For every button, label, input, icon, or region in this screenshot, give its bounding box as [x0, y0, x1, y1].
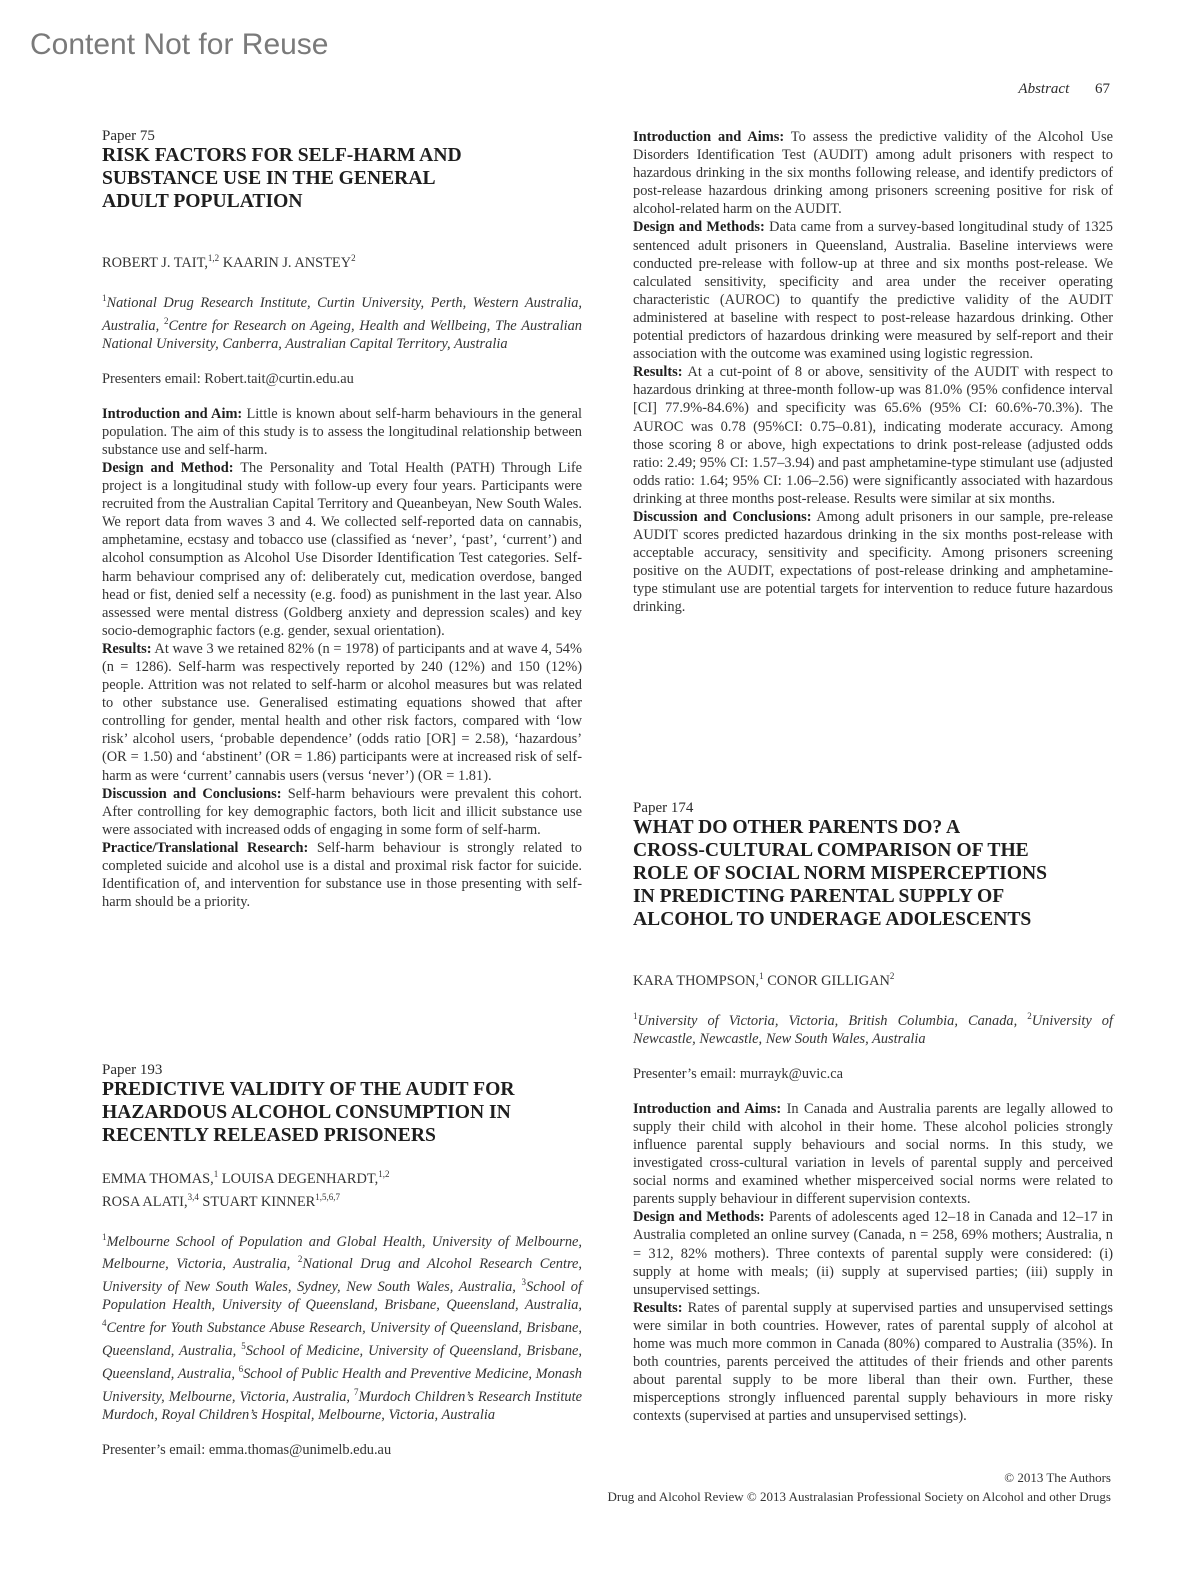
- section-introduction: Introduction and Aim: Little is known ab…: [102, 405, 582, 459]
- author: EMMA THOMAS,1: [102, 1171, 218, 1187]
- section-results: Results: At a cut-point of 8 or above, s…: [633, 363, 1113, 508]
- abstract-paper-75: Paper 75 RISK FACTORS FOR SELF-HARM AND …: [102, 128, 582, 911]
- presenter-email: Presenters email: Robert.tait@curtin.edu…: [102, 370, 582, 388]
- author: KAARIN J. ANSTEY2: [219, 255, 355, 271]
- running-head: Abstract 67: [1018, 81, 1110, 98]
- affiliations: 1National Drug Research Institute, Curti…: [102, 289, 582, 353]
- author: STUART KINNER1,5,6,7: [199, 1194, 340, 1210]
- abstract-paper-174: Paper 174 WHAT DO OTHER PARENTS DO? A CR…: [633, 800, 1113, 1425]
- paper-title: PREDICTIVE VALIDITY OF THE AUDIT FOR HAZ…: [102, 1078, 582, 1147]
- abstract-paper-193-header: Paper 193 PREDICTIVE VALIDITY OF THE AUD…: [102, 1062, 582, 1459]
- paper-title: RISK FACTORS FOR SELF-HARM AND SUBSTANCE…: [102, 144, 582, 213]
- section-practice: Practice/Translational Research: Self-ha…: [102, 839, 582, 911]
- section-introduction: Introduction and Aims: To assess the pre…: [633, 128, 1113, 218]
- watermark: Content Not for Reuse: [30, 28, 329, 62]
- abstract-body: Introduction and Aim: Little is known ab…: [102, 405, 582, 912]
- abstract-paper-193-body: Introduction and Aims: To assess the pre…: [633, 128, 1113, 617]
- paper-number: Paper 174: [633, 800, 1113, 816]
- abstract-body: Introduction and Aims: In Canada and Aus…: [633, 1100, 1113, 1426]
- section-introduction: Introduction and Aims: In Canada and Aus…: [633, 1100, 1113, 1209]
- author-list: KARA THOMPSON,1 CONOR GILLIGAN2: [633, 949, 1113, 990]
- author-list: ROBERT J. TAIT,1,2 KAARIN J. ANSTEY2: [102, 231, 582, 272]
- section-results: Results: At wave 3 we retained 82% (n = …: [102, 640, 582, 785]
- author: LOUISA DEGENHARDT,1,2: [218, 1171, 389, 1187]
- section-discussion: Discussion and Conclusions: Among adult …: [633, 508, 1113, 617]
- copyright-journal: Drug and Alcohol Review © 2013 Australas…: [608, 1487, 1111, 1506]
- section-results: Results: Rates of parental supply at sup…: [633, 1299, 1113, 1426]
- presenter-email: Presenter’s email: murrayk@uvic.ca: [633, 1065, 1113, 1083]
- section-discussion: Discussion and Conclusions: Self-harm be…: [102, 785, 582, 839]
- paper-title: WHAT DO OTHER PARENTS DO? A CROSS-CULTUR…: [633, 816, 1113, 931]
- author: ROBERT J. TAIT,1,2: [102, 255, 219, 271]
- running-head-label: Abstract: [1018, 81, 1069, 97]
- page-footer: © 2013 The Authors Drug and Alcohol Revi…: [608, 1468, 1111, 1506]
- author: CONOR GILLIGAN2: [764, 973, 895, 989]
- presenter-email: Presenter’s email: emma.thomas@unimelb.e…: [102, 1441, 582, 1459]
- paper-number: Paper 193: [102, 1062, 582, 1078]
- author: KARA THOMPSON,1: [633, 973, 764, 989]
- page-number: 67: [1095, 81, 1110, 97]
- author-list: EMMA THOMAS,1 LOUISA DEGENHARDT,1,2ROSA …: [102, 1165, 582, 1211]
- copyright-authors: © 2013 The Authors: [608, 1468, 1111, 1487]
- affiliations: 1Melbourne School of Population and Glob…: [102, 1228, 582, 1424]
- affiliations: 1University of Victoria, Victoria, Briti…: [633, 1007, 1113, 1048]
- section-design: Design and Methods: Parents of adolescen…: [633, 1208, 1113, 1298]
- section-design: Design and Methods: Data came from a sur…: [633, 218, 1113, 363]
- author: ROSA ALATI,3,4: [102, 1194, 199, 1210]
- paper-number: Paper 75: [102, 128, 582, 144]
- section-design: Design and Method: The Personality and T…: [102, 459, 582, 640]
